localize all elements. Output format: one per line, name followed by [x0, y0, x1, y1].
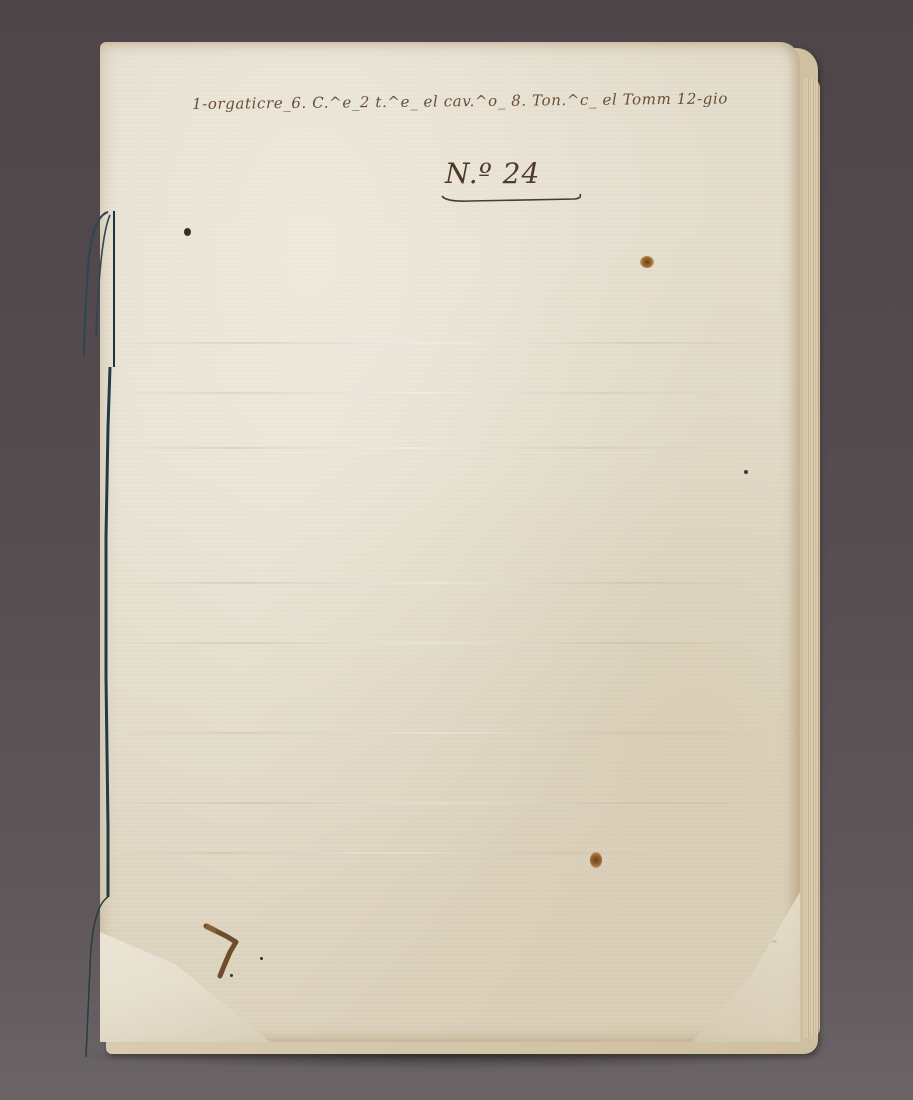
- paper-crease: [110, 447, 710, 449]
- ink-splatter-mark: [202, 922, 242, 982]
- document-number: N.º 24: [445, 157, 540, 190]
- paper-crease: [110, 802, 780, 804]
- foxing-stain: [640, 256, 654, 268]
- paper-crease: [110, 642, 750, 644]
- paper-crease: [110, 732, 770, 734]
- ink-dot: [744, 470, 748, 474]
- number-underline-flourish: [440, 192, 585, 204]
- worn-corner-bottom-right: [680, 892, 800, 1042]
- paper-crease: [110, 392, 730, 394]
- page-edge: [804, 78, 820, 1038]
- header-inscription: 1-orgaticre_6. C.^e_2 t.^e_ el cav.^o_ 8…: [192, 89, 772, 113]
- notebook-cover: 1-orgaticre_6. C.^e_2 t.^e_ el cav.^o_ 8…: [100, 42, 800, 1042]
- ink-dot: [184, 228, 191, 236]
- binding-thread: [78, 207, 118, 1077]
- foxing-stain: [590, 852, 602, 868]
- paper-crease: [110, 342, 770, 344]
- folded-corner-bottom-left: [100, 932, 270, 1042]
- paper-crease: [110, 852, 670, 854]
- notebook: 1-orgaticre_6. C.^e_2 t.^e_ el cav.^o_ 8…: [100, 42, 818, 1054]
- ink-dot: [260, 957, 263, 960]
- paper-crease: [110, 582, 760, 584]
